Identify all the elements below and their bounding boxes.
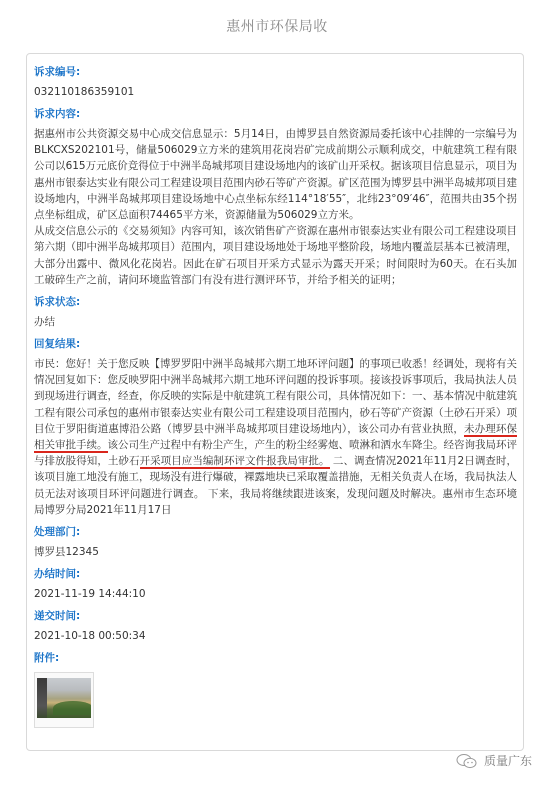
department-value: 博罗县12345 [34,544,517,560]
highlighted-eia-required: 开采项目应当编制环评文件报我局审批。 [140,455,330,469]
submitted-time-label: 递交时间: [34,608,517,624]
attachment-thumbnail[interactable] [34,672,94,728]
request-id-label: 诉求编号: [34,64,517,80]
department-label: 处理部门: [34,524,517,540]
reply-text-part-1: 市民：您好！关于您反映【博罗罗阳中洲半岛城邦六期工地环评问题】的事项已收悉！经调… [34,358,517,435]
completed-time-label: 办结时间: [34,566,517,582]
page-title: 惠州市环保局收 [0,16,554,36]
request-content-paragraph-2: 从成交信息公示的《交易须知》内容可知，该次销售矿产资源在惠州市银泰达实业有限公司… [34,223,517,288]
reply-result-label: 回复结果: [34,336,517,352]
request-status-value: 办结 [34,314,517,330]
request-content-label: 诉求内容: [34,106,517,122]
attachment-label: 附件: [34,650,517,666]
request-content-value: 据惠州市公共资源交易中心成交信息显示：5月14日，由博罗县自然资源局委托该中心挂… [34,126,517,288]
watermark: 质量广东 [456,752,532,769]
wechat-icon [456,753,478,769]
complaint-detail-card: 诉求编号: 032110186359101 诉求内容: 据惠州市公共资源交易中心… [26,53,524,751]
watermark-text: 质量广东 [484,752,532,769]
reply-result-text: 市民：您好！关于您反映【博罗罗阳中洲半岛城邦六期工地环评问题】的事项已收悉！经调… [34,356,517,518]
request-content-paragraph-1: 据惠州市公共资源交易中心成交信息显示：5月14日，由博罗县自然资源局委托该中心挂… [34,126,517,223]
request-status-label: 诉求状态: [34,294,517,310]
reply-result-value: 市民：您好！关于您反映【博罗罗阳中洲半岛城邦六期工地环评问题】的事项已收悉！经调… [34,356,517,518]
photo-thumbnail-image [37,678,91,718]
request-id-value: 032110186359101 [34,84,517,100]
completed-time-value: 2021-11-19 14:44:10 [34,586,517,602]
submitted-time-value: 2021-10-18 00:50:34 [34,628,517,644]
